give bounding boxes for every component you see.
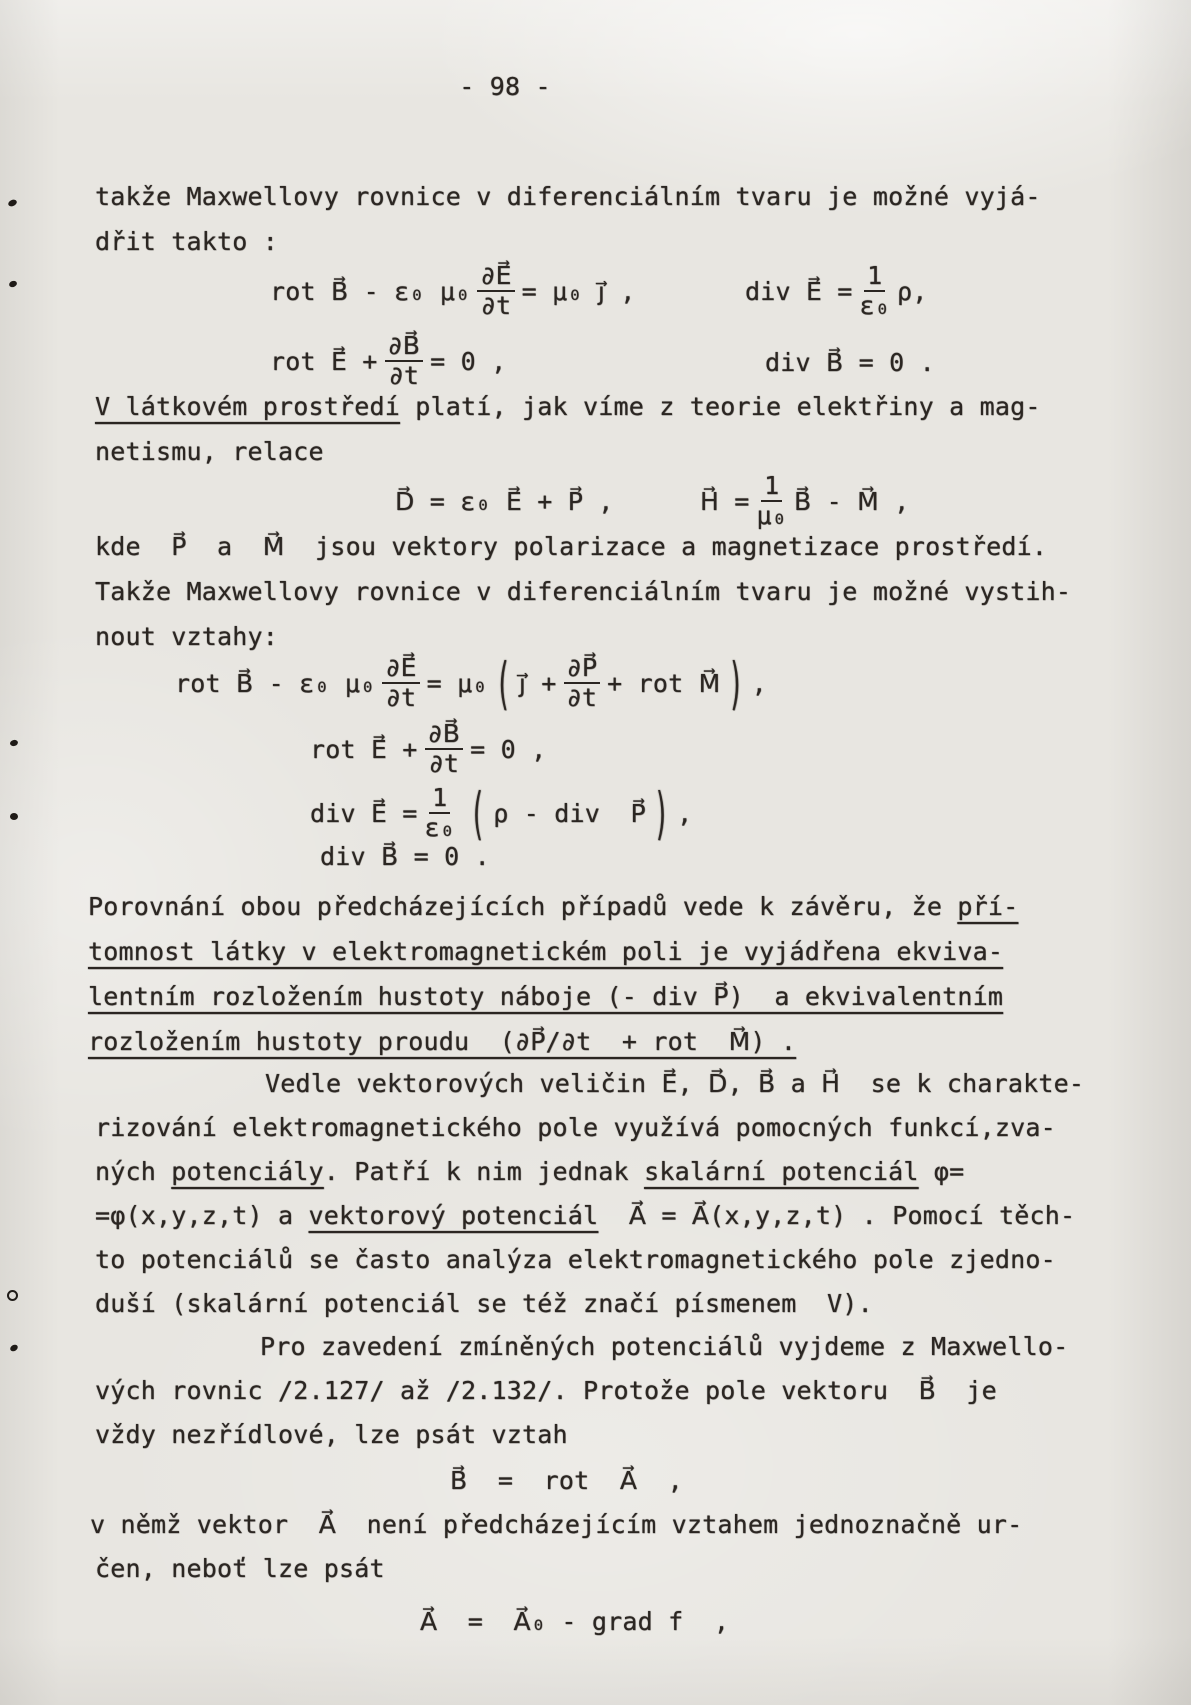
fraction-numerator: ∂P⃗ xyxy=(564,655,601,684)
para5-line4: =φ(x,y,z,t) a vektorový potenciál A⃗ = A… xyxy=(95,1201,1075,1230)
para6-line2: vých rovnic /2.127/ až /2.132/. Protože … xyxy=(95,1376,997,1405)
fraction-numerator: ∂B⃗ xyxy=(385,333,424,362)
scan-speck-4 xyxy=(10,813,18,820)
fraction-denominator: μ₀ xyxy=(757,502,788,529)
para5-line3: ných potenciály. Patří k nim jednak skal… xyxy=(95,1157,964,1186)
para2-line1-rest: platí, jak víme z teorie elektřiny a mag… xyxy=(400,392,1041,421)
para5-line3-c: φ= xyxy=(919,1157,965,1186)
para5-line1: Vedle vektorových veličin E⃗, D⃗, B⃗ a H… xyxy=(265,1069,1084,1098)
fraction-dE-dt: ∂E⃗∂t xyxy=(382,655,419,712)
para4-line3-underlined: lentním rozložením hustoty náboje (- div… xyxy=(88,982,1003,1011)
para6-line3: vždy nezřídlové, lze psát vztah xyxy=(95,1420,568,1449)
scan-speck-1 xyxy=(7,198,18,207)
right-parenthesis: ) xyxy=(654,780,669,845)
para5-line4-a: =φ(x,y,z,t) a xyxy=(95,1201,309,1230)
eq1-row1-left-pre: rot B⃗ - ε₀ μ₀ xyxy=(270,277,470,306)
fraction-denominator: ε₀ xyxy=(425,814,456,841)
para5-line3-underlined-2: skalární potenciál xyxy=(644,1157,919,1186)
eq1-row2-left-post: = 0 , xyxy=(430,347,506,376)
eq1-row2-left-pre: rot E⃗ + xyxy=(270,347,378,376)
eq1-row2-right: div B⃗ = 0 . xyxy=(765,348,935,377)
para4-line1-plain: Porovnání obou předcházejících případů v… xyxy=(88,892,957,921)
eq3-line1-mid: = μ₀ xyxy=(427,669,488,698)
eq3-line1-inner1: j⃗ + xyxy=(519,669,557,698)
fraction-dE-dt: ∂E⃗∂t xyxy=(477,263,514,320)
eq3-line2-pre: rot E⃗ + xyxy=(310,735,418,764)
para3-line1: kde P⃗ a M⃗ jsou vektory polarizace a ma… xyxy=(95,532,1047,561)
eq2-left-text: D⃗ = ε₀ E⃗ + P⃗ , xyxy=(395,487,614,516)
fraction-numerator: ∂E⃗ xyxy=(477,263,514,292)
para4-line2-underlined: tomnost látky v elektromagnetickém poli … xyxy=(88,937,1003,966)
fraction-1-eps0: 1ε₀ xyxy=(860,263,891,320)
scan-speck-6 xyxy=(9,1343,19,1352)
eq3-line2-post: = 0 , xyxy=(470,735,546,764)
scan-speck-5 xyxy=(7,1290,18,1301)
para4-line4: rozložením hustoty proudu (∂P⃗/∂t + rot … xyxy=(88,1027,796,1056)
fraction-numerator: 1 xyxy=(429,785,450,814)
para5-line3-underlined-1: potenciály xyxy=(171,1157,324,1186)
fraction-dB-dt: ∂B⃗∂t xyxy=(385,333,424,390)
para4-line2: tomnost látky v elektromagnetickém poli … xyxy=(88,937,1003,966)
left-parenthesis: ( xyxy=(470,780,485,845)
scan-speck-3 xyxy=(9,739,18,747)
document-page: - 98 - takže Maxwellovy rovnice v difere… xyxy=(0,0,1191,1705)
scan-speck-2 xyxy=(8,280,18,288)
eq3-line3-end: , xyxy=(677,799,692,828)
fraction-1-mu0: 1μ₀ xyxy=(757,473,788,530)
para5-line4-underlined: vektorový potenciál xyxy=(309,1201,599,1230)
para5-line2: rizování elektromagnetického pole využív… xyxy=(95,1113,1056,1142)
eq3-line1-end: , xyxy=(752,669,767,698)
para2-underlined-phrase: V látkovém prostředí xyxy=(95,392,400,421)
fraction-denominator: ∂t xyxy=(567,684,598,711)
eq5: A⃗ = A⃗₀ - grad f , xyxy=(420,1607,729,1636)
eq1-row1-left-post: = μ₀ j⃗ , xyxy=(522,277,636,306)
para3-line2: Takže Maxwellovy rovnice v diferenciální… xyxy=(95,577,1071,606)
para5-line4-b: A⃗ = A⃗(x,y,z,t) . Pomocí těch- xyxy=(598,1201,1075,1230)
para5-line5: to potenciálů se často analýza elektroma… xyxy=(95,1245,1056,1274)
fraction-denominator: ∂t xyxy=(389,362,420,389)
fraction-numerator: ∂B⃗ xyxy=(425,721,464,750)
para1-line2: dřit takto : xyxy=(95,227,278,256)
fraction-denominator: ε₀ xyxy=(860,292,891,319)
para4-line4-underlined: rozložením hustoty proudu (∂P⃗/∂t + rot … xyxy=(88,1027,796,1056)
eq3-line3-inner: ρ - div P⃗ xyxy=(493,799,646,828)
eq2-right-post: B⃗ - M⃗ , xyxy=(794,487,909,516)
para7-line2: čen, neboť lze psát xyxy=(95,1554,385,1583)
fraction-denominator: ∂t xyxy=(481,292,512,319)
eq1-row1-right-post: ρ, xyxy=(897,277,928,306)
para2-line1: V látkovém prostředí platí, jak víme z t… xyxy=(95,392,1041,421)
eq4: B⃗ = rot A⃗ , xyxy=(450,1466,683,1495)
para6-line1: Pro zavedení zmíněných potenciálů vyjdem… xyxy=(260,1332,1068,1361)
para4-line1: Porovnání obou předcházejících případů v… xyxy=(88,892,1018,921)
fraction-numerator: 1 xyxy=(864,263,885,292)
para5-line6: duší (skalární potenciál se též značí pí… xyxy=(95,1289,873,1318)
fraction-1-eps0: 1ε₀ xyxy=(425,785,456,842)
para5-line3-a: ných xyxy=(95,1157,171,1186)
para7-line1: v němž vektor A⃗ není předcházejícím vzt… xyxy=(90,1510,1022,1539)
fraction-dP-dt: ∂P⃗∂t xyxy=(564,655,601,712)
eq3-line1-pre: rot B⃗ - ε₀ μ₀ xyxy=(175,669,375,698)
eq3-line1-inner2: + rot M⃗ xyxy=(607,669,720,698)
fraction-numerator: ∂E⃗ xyxy=(382,655,419,684)
fraction-dB-dt: ∂B⃗∂t xyxy=(425,721,464,778)
eq3-line4: div B⃗ = 0 . xyxy=(320,842,490,871)
para2-line2: netismu, relace xyxy=(95,437,324,466)
page-number: - 98 - xyxy=(0,72,1010,101)
para1-line1: takže Maxwellovy rovnice v diferenciální… xyxy=(95,182,1041,211)
para4-line1-underlined: pří- xyxy=(957,892,1018,921)
eq1-row1-right-pre: div E⃗ = xyxy=(745,277,853,306)
para4-line3: lentním rozložením hustoty náboje (- div… xyxy=(88,982,1003,1011)
eq2-right-pre: H⃗ = xyxy=(700,487,750,516)
right-parenthesis: ) xyxy=(728,650,743,715)
eq1-row1-right: div E⃗ = 1ε₀ ρ, xyxy=(745,248,928,334)
para5-line3-b: . Patří k nim jednak xyxy=(324,1157,644,1186)
eq3-line3-pre: div E⃗ = xyxy=(310,799,418,828)
fraction-numerator: 1 xyxy=(761,473,782,502)
